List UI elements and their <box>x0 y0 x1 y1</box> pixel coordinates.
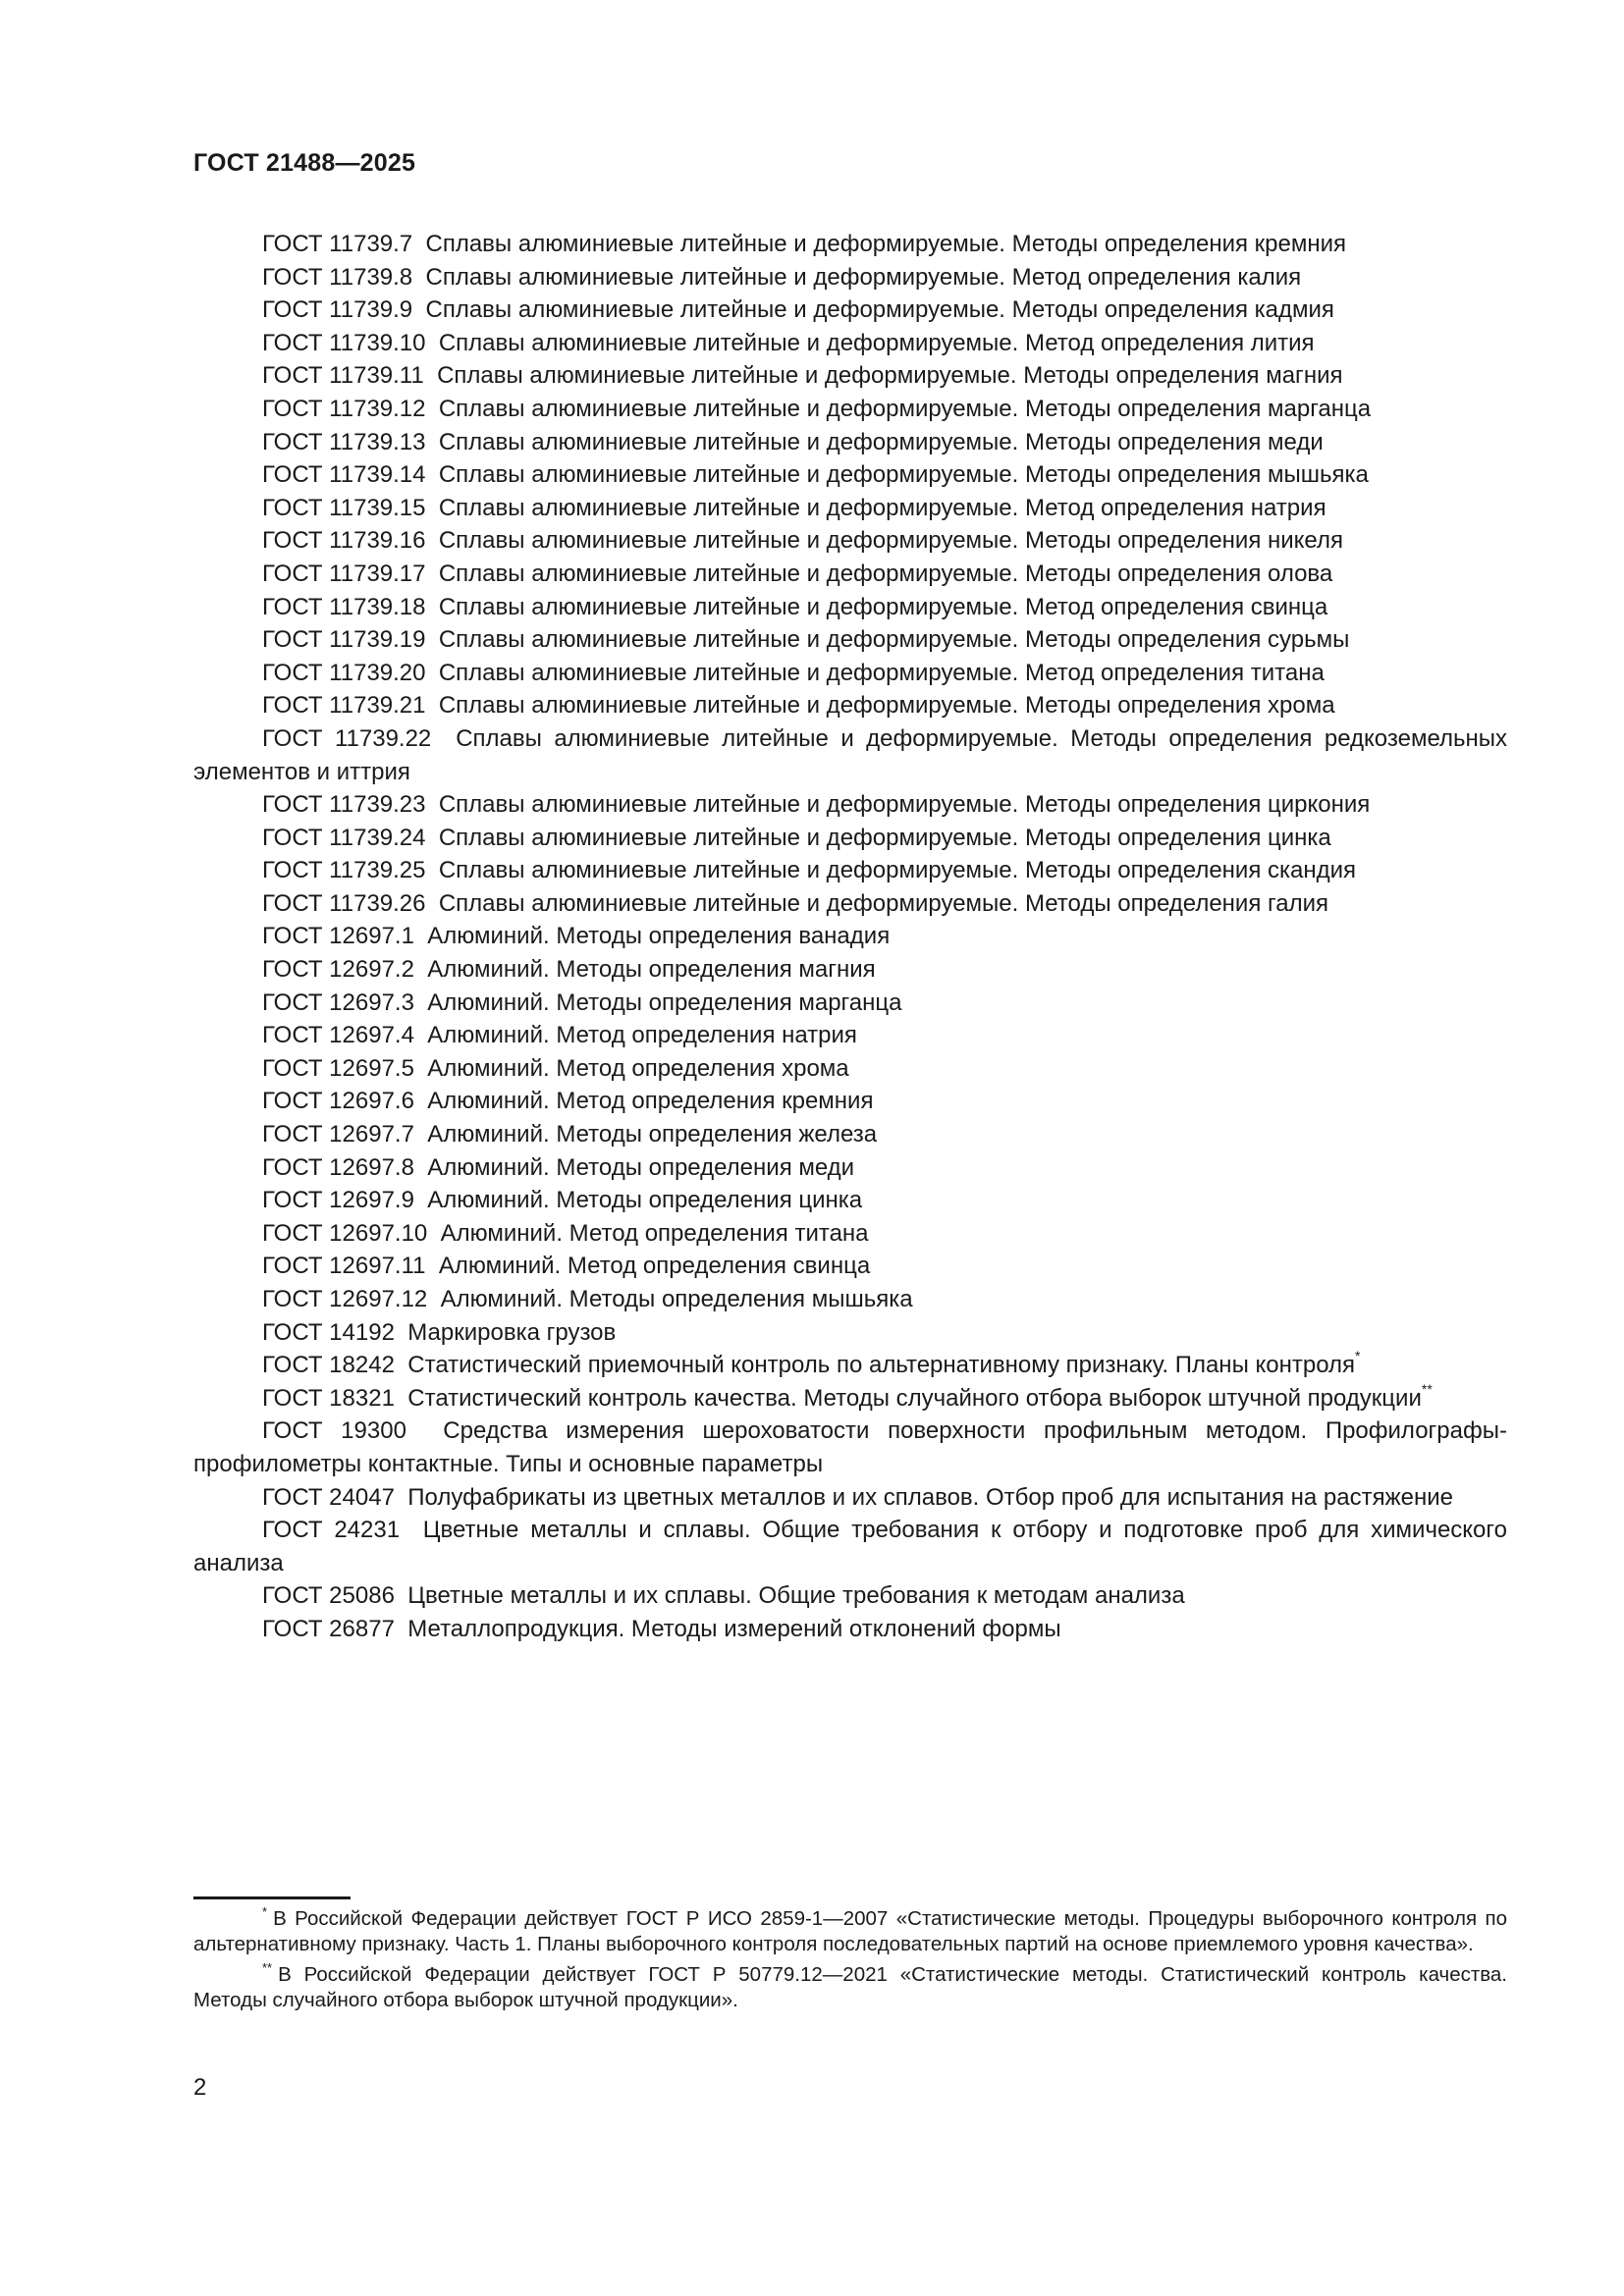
reference-entry: ГОСТ 12697.4 Алюминий. Метод определения… <box>193 1019 1507 1052</box>
reference-title: Алюминий. Метод определения кремния <box>427 1088 873 1114</box>
reference-entry: ГОСТ 24047 Полуфабрикаты из цветных мета… <box>193 1481 1507 1515</box>
reference-code: ГОСТ 11739.11 <box>262 362 424 389</box>
reference-entry: ГОСТ 11739.7 Сплавы алюминиевые литейные… <box>193 228 1507 261</box>
reference-title: Сплавы алюминиевые литейные и деформируе… <box>439 890 1328 917</box>
reference-entry: ГОСТ 11739.22 Сплавы алюминиевые литейны… <box>193 722 1507 788</box>
reference-entry: ГОСТ 11739.9 Сплавы алюминиевые литейные… <box>193 294 1507 327</box>
footnote-mark: ** <box>262 1960 272 1975</box>
reference-code: ГОСТ 11739.8 <box>262 264 412 291</box>
reference-title: Сплавы алюминиевые литейные и деформируе… <box>439 626 1349 653</box>
reference-title: Сплавы алюминиевые литейные и деформируе… <box>437 362 1342 389</box>
reference-title: Сплавы алюминиевые литейные и деформируе… <box>439 527 1343 554</box>
reference-title: Сплавы алюминиевые литейные и деформируе… <box>439 825 1331 851</box>
reference-code: ГОСТ 12697.12 <box>262 1286 427 1312</box>
reference-title: Алюминий. Метод определения свинца <box>439 1253 870 1279</box>
footnote: **В Российской Федерации действует ГОСТ … <box>193 1962 1507 2013</box>
reference-entry: ГОСТ 25086 Цветные металлы и их сплавы. … <box>193 1579 1507 1613</box>
reference-code: ГОСТ 24231 <box>262 1517 400 1543</box>
reference-code: ГОСТ 18321 <box>262 1385 395 1412</box>
reference-entry: ГОСТ 11739.13 Сплавы алюминиевые литейны… <box>193 426 1507 459</box>
reference-code: ГОСТ 12697.11 <box>262 1253 426 1279</box>
reference-code: ГОСТ 12697.9 <box>262 1187 414 1213</box>
reference-title: Сплавы алюминиевые литейные и деформируе… <box>439 429 1324 455</box>
reference-entry: ГОСТ 12697.2 Алюминий. Методы определени… <box>193 953 1507 987</box>
reference-code: ГОСТ 12697.1 <box>262 923 414 949</box>
footnote-marker[interactable]: ** <box>1422 1381 1433 1397</box>
reference-entry: ГОСТ 11739.18 Сплавы алюминиевые литейны… <box>193 591 1507 624</box>
reference-entry: ГОСТ 12697.11 Алюминий. Метод определени… <box>193 1250 1507 1283</box>
reference-code: ГОСТ 11739.19 <box>262 626 426 653</box>
reference-title: Сплавы алюминиевые литейные и деформируе… <box>426 296 1334 323</box>
reference-title: Сплавы алюминиевые литейные и деформируе… <box>439 396 1371 422</box>
reference-code: ГОСТ 11739.12 <box>262 396 426 422</box>
reference-entry: ГОСТ 12697.10 Алюминий. Метод определени… <box>193 1217 1507 1251</box>
reference-entry: ГОСТ 11739.25 Сплавы алюминиевые литейны… <box>193 854 1507 887</box>
reference-title: Алюминий. Методы определения ванадия <box>427 923 890 949</box>
reference-code: ГОСТ 11739.17 <box>262 561 426 587</box>
reference-title: Сплавы алюминиевые литейные и деформируе… <box>439 660 1325 686</box>
reference-entry: ГОСТ 11739.17 Сплавы алюминиевые литейны… <box>193 558 1507 591</box>
reference-entry: ГОСТ 12697.5 Алюминий. Метод определения… <box>193 1052 1507 1086</box>
reference-code: ГОСТ 12697.7 <box>262 1121 414 1148</box>
reference-entry: ГОСТ 26877 Металлопродукция. Методы изме… <box>193 1613 1507 1646</box>
reference-code: ГОСТ 11739.25 <box>262 857 426 883</box>
reference-code: ГОСТ 11739.20 <box>262 660 426 686</box>
reference-entry: ГОСТ 14192 Маркировка грузов <box>193 1316 1507 1350</box>
reference-entry: ГОСТ 11739.11 Сплавы алюминиевые литейны… <box>193 359 1507 393</box>
reference-code: ГОСТ 11739.26 <box>262 890 426 917</box>
reference-entry: ГОСТ 11739.15 Сплавы алюминиевые литейны… <box>193 492 1507 525</box>
reference-code: ГОСТ 11739.16 <box>262 527 426 554</box>
reference-entry: ГОСТ 11739.20 Сплавы алюминиевые литейны… <box>193 657 1507 690</box>
reference-title: Статистический приемочный контроль по ал… <box>407 1352 1355 1378</box>
footnotes: *В Российской Федерации действует ГОСТ Р… <box>193 1906 1507 2018</box>
reference-code: ГОСТ 12697.5 <box>262 1055 414 1082</box>
reference-title: Алюминий. Метод определения натрия <box>427 1022 857 1048</box>
reference-code: ГОСТ 11739.7 <box>262 231 412 257</box>
reference-title: Статистический контроль качества. Методы… <box>407 1385 1422 1412</box>
reference-entry: ГОСТ 11739.21 Сплавы алюминиевые литейны… <box>193 689 1507 722</box>
reference-code: ГОСТ 25086 <box>262 1582 395 1609</box>
reference-title: Алюминий. Методы определения магния <box>427 956 875 983</box>
reference-code: ГОСТ 11739.14 <box>262 461 426 488</box>
reference-entry: ГОСТ 12697.6 Алюминий. Метод определения… <box>193 1085 1507 1118</box>
reference-entry: ГОСТ 19300 Средства измерения шероховато… <box>193 1415 1507 1480</box>
reference-code: ГОСТ 12697.2 <box>262 956 414 983</box>
reference-title: Металлопродукция. Методы измерений откло… <box>407 1616 1060 1642</box>
reference-code: ГОСТ 11739.18 <box>262 594 426 620</box>
reference-code: ГОСТ 12697.10 <box>262 1220 427 1247</box>
reference-entry: ГОСТ 12697.12 Алюминий. Методы определен… <box>193 1283 1507 1316</box>
reference-entry: ГОСТ 11739.19 Сплавы алюминиевые литейны… <box>193 623 1507 657</box>
reference-code: ГОСТ 19300 <box>262 1417 406 1444</box>
reference-entry: ГОСТ 24231 Цветные металлы и сплавы. Общ… <box>193 1514 1507 1579</box>
reference-entry: ГОСТ 11739.10 Сплавы алюминиевые литейны… <box>193 327 1507 360</box>
reference-code: ГОСТ 11739.24 <box>262 825 426 851</box>
reference-title: Сплавы алюминиевые литейные и деформируе… <box>439 857 1356 883</box>
reference-title: Цветные металлы и их сплавы. Общие требо… <box>407 1582 1184 1609</box>
normative-references-list: ГОСТ 11739.7 Сплавы алюминиевые литейные… <box>193 228 1507 1646</box>
reference-code: ГОСТ 11739.21 <box>262 692 426 719</box>
footnote-separator <box>193 1896 351 1899</box>
reference-code: ГОСТ 11739.22 <box>262 725 431 752</box>
reference-title: Сплавы алюминиевые литейные и деформируе… <box>426 231 1347 257</box>
footnote: *В Российской Федерации действует ГОСТ Р… <box>193 1906 1507 1957</box>
reference-title: Алюминий. Метод определения хрома <box>427 1055 848 1082</box>
reference-code: ГОСТ 26877 <box>262 1616 395 1642</box>
reference-title: Полуфабрикаты из цветных металлов и их с… <box>407 1484 1453 1511</box>
reference-entry: ГОСТ 18321 Статистический контроль качес… <box>193 1382 1507 1415</box>
reference-code: ГОСТ 11739.23 <box>262 791 426 818</box>
reference-entry: ГОСТ 11739.8 Сплавы алюминиевые литейные… <box>193 261 1507 294</box>
reference-code: ГОСТ 12697.8 <box>262 1154 414 1181</box>
reference-entry: ГОСТ 12697.1 Алюминий. Методы определени… <box>193 920 1507 953</box>
reference-entry: ГОСТ 18242 Статистический приемочный кон… <box>193 1349 1507 1382</box>
reference-entry: ГОСТ 12697.8 Алюминий. Методы определени… <box>193 1151 1507 1185</box>
reference-code: ГОСТ 11739.10 <box>262 330 426 356</box>
reference-title: Маркировка грузов <box>407 1319 616 1346</box>
reference-entry: ГОСТ 11739.26 Сплавы алюминиевые литейны… <box>193 887 1507 921</box>
reference-entry: ГОСТ 12697.7 Алюминий. Методы определени… <box>193 1118 1507 1151</box>
reference-title: Сплавы алюминиевые литейные и деформируе… <box>439 330 1315 356</box>
document-header: ГОСТ 21488—2025 <box>193 147 415 179</box>
reference-entry: ГОСТ 11739.23 Сплавы алюминиевые литейны… <box>193 788 1507 822</box>
reference-code: ГОСТ 12697.6 <box>262 1088 414 1114</box>
reference-title: Сплавы алюминиевые литейные и деформируе… <box>439 495 1326 521</box>
reference-code: ГОСТ 12697.3 <box>262 989 414 1016</box>
footnote-text: В Российской Федерации действует ГОСТ Р … <box>193 1963 1507 2011</box>
footnote-marker[interactable]: * <box>1355 1348 1360 1363</box>
reference-title: Алюминий. Методы определения мышьяка <box>441 1286 913 1312</box>
reference-title: Сплавы алюминиевые литейные и деформируе… <box>439 791 1370 818</box>
reference-code: ГОСТ 11739.9 <box>262 296 412 323</box>
reference-title: Алюминий. Методы определения цинка <box>427 1187 862 1213</box>
footnote-text: В Российской Федерации действует ГОСТ Р … <box>193 1907 1507 1955</box>
reference-code: ГОСТ 14192 <box>262 1319 395 1346</box>
reference-title: Сплавы алюминиевые литейные и деформируе… <box>439 594 1327 620</box>
reference-code: ГОСТ 18242 <box>262 1352 395 1378</box>
reference-title: Алюминий. Метод определения титана <box>441 1220 869 1247</box>
reference-entry: ГОСТ 11739.24 Сплавы алюминиевые литейны… <box>193 822 1507 855</box>
reference-code: ГОСТ 12697.4 <box>262 1022 414 1048</box>
footnote-mark: * <box>262 1904 267 1919</box>
reference-title: Алюминий. Методы определения железа <box>427 1121 877 1148</box>
reference-code: ГОСТ 24047 <box>262 1484 395 1511</box>
reference-code: ГОСТ 11739.15 <box>262 495 426 521</box>
reference-title: Алюминий. Методы определения меди <box>427 1154 854 1181</box>
reference-entry: ГОСТ 11739.16 Сплавы алюминиевые литейны… <box>193 524 1507 558</box>
reference-title: Алюминий. Методы определения марганца <box>427 989 901 1016</box>
reference-title: Сплавы алюминиевые литейные и деформируе… <box>426 264 1302 291</box>
reference-entry: ГОСТ 12697.3 Алюминий. Методы определени… <box>193 987 1507 1020</box>
reference-entry: ГОСТ 12697.9 Алюминий. Методы определени… <box>193 1184 1507 1217</box>
reference-title: Сплавы алюминиевые литейные и деформируе… <box>439 692 1335 719</box>
reference-entry: ГОСТ 11739.14 Сплавы алюминиевые литейны… <box>193 458 1507 492</box>
page-number: 2 <box>193 2073 206 2103</box>
reference-entry: ГОСТ 11739.12 Сплавы алюминиевые литейны… <box>193 393 1507 426</box>
reference-title: Сплавы алюминиевые литейные и деформируе… <box>439 461 1369 488</box>
reference-code: ГОСТ 11739.13 <box>262 429 426 455</box>
reference-title: Сплавы алюминиевые литейные и деформируе… <box>439 561 1332 587</box>
